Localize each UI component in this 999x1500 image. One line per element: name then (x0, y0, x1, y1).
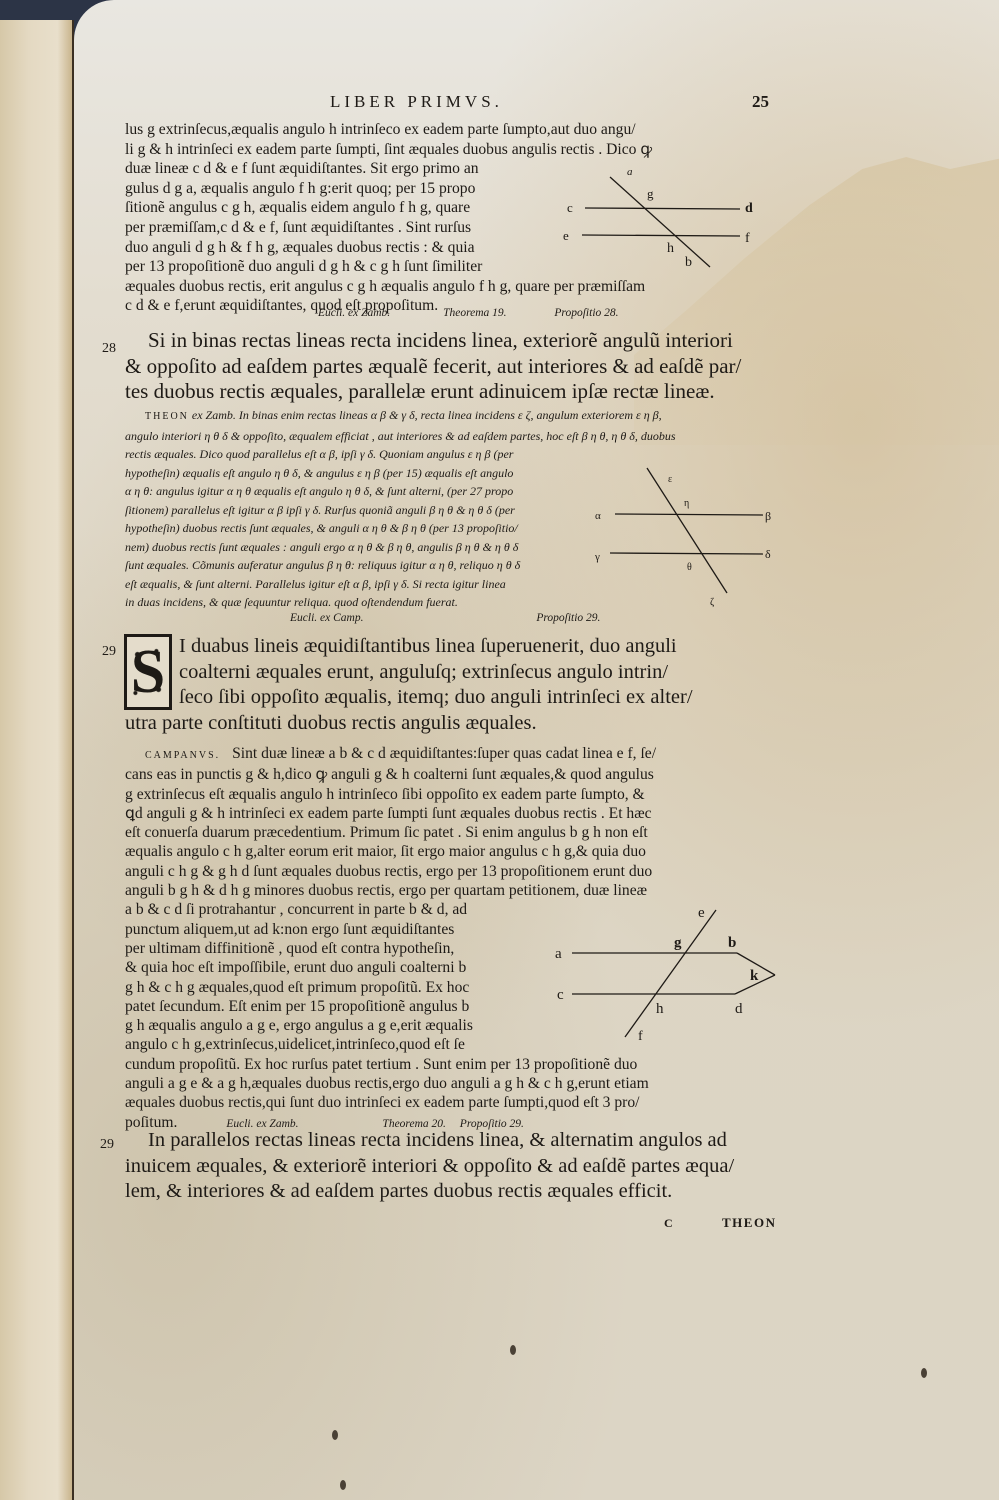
theon-caption: Eucli. ex Camp. Propoſitio 29. (290, 612, 740, 624)
text-line: Si in binas rectas lineas recta incidens… (125, 328, 741, 354)
folio-number: 25 (752, 92, 769, 112)
svg-text:g: g (674, 935, 682, 951)
worm-hole (921, 1368, 927, 1378)
svg-text:g: g (647, 186, 654, 201)
proposition-29-second-text: In parallelos rectas lineas recta incide… (125, 1128, 734, 1205)
signature-mark: C (664, 1216, 673, 1231)
text-line: anguli a g e & a g h,æquales duobus rect… (125, 1074, 656, 1093)
text-line: CAMPANVS. Sint duæ lineæ a b & c d æquid… (125, 744, 656, 765)
text-line: g extrinſecus eſt æqualis angulo h intri… (125, 785, 656, 804)
svg-text:ε: ε (668, 474, 672, 485)
svg-text:f: f (638, 1029, 643, 1044)
caption-proposition: Propoſitio 29. (536, 612, 600, 624)
commentator-label: THEON (145, 411, 189, 422)
caption-proposition: Propoſitio 28. (554, 307, 618, 319)
svg-text:θ: θ (687, 562, 692, 573)
text-line: cundum propoſitũ. Ex hoc rurſus patet te… (125, 1055, 656, 1074)
proposition-29-text: I duabus lineis æquidiſtantibus linea ſu… (125, 634, 693, 736)
svg-text:b: b (728, 935, 736, 951)
text-line: lem, & interiores & ad eaſdem partes duo… (125, 1179, 734, 1205)
svg-text:h: h (667, 241, 674, 256)
proposition-number: 28 (102, 341, 116, 357)
svg-text:h: h (656, 1001, 664, 1017)
text-line: In parallelos rectas lineas recta incide… (125, 1128, 734, 1154)
text-line: THEON ex Zamb. In binas enim rectas line… (125, 406, 676, 427)
text-line: æquales duobus rectis,qui ſunt duo intri… (125, 1093, 656, 1112)
svg-text:β: β (765, 509, 771, 523)
text-line: coalterni æquales erunt, anguluſq; extri… (125, 660, 693, 686)
proposition-number: 29 (102, 644, 116, 660)
text-line: li g & h intrinſeci ex eadem parte ſumpt… (125, 140, 652, 160)
svg-text:δ: δ (765, 547, 771, 561)
worm-hole (332, 1430, 338, 1440)
svg-text:f: f (745, 231, 750, 246)
worm-hole (510, 1345, 516, 1355)
text-line: æquales duobus rectis, erit angulus c g … (125, 277, 652, 297)
svg-text:a: a (555, 946, 562, 962)
text-line: lus g extrinſecus,æqualis angulo h intri… (125, 120, 652, 140)
text-line: æqualis angulo c h g,alter eorum erit ma… (125, 842, 656, 861)
text-line: angulo interiori η θ δ & oppoſito, æqual… (125, 427, 676, 446)
text-line: & oppoſito ad eaſdem partes æqualẽ fecer… (125, 354, 741, 380)
svg-text:k: k (750, 968, 759, 984)
text-line: eſt conuerſa duarum præcedentium. Primum… (125, 823, 656, 842)
commentator-label: CAMPANVS. (145, 750, 220, 761)
text-line: ſeco ſibi oppoſito æqualis, itemq; duo a… (125, 685, 693, 711)
svg-text:γ: γ (594, 551, 600, 563)
worm-hole (340, 1480, 346, 1490)
caption-source: Eucli. ex Zamb. (318, 307, 390, 319)
svg-text:c: c (567, 200, 573, 215)
svg-text:η: η (684, 498, 689, 509)
text-line: cans eas in punctis g & h,dico ꝙ anguli … (125, 765, 656, 784)
svg-text:α: α (595, 510, 601, 522)
svg-text:e: e (563, 228, 569, 243)
svg-text:ζ: ζ (710, 597, 714, 608)
svg-text:b: b (685, 255, 692, 270)
svg-text:e: e (698, 905, 705, 921)
svg-text:c: c (557, 987, 564, 1003)
caption-source: Eucli. ex Camp. (290, 612, 363, 624)
svg-text:d: d (735, 1001, 743, 1017)
figure-2-greek-parallel-lines: ε η α β θ γ δ ζ (585, 460, 785, 610)
svg-text:a: a (627, 166, 633, 178)
svg-text:d: d (745, 201, 753, 216)
text-line: anguli c h g & g h d ſunt æquales duobus… (125, 862, 656, 881)
text-line: ꝗd anguli g & h intrinſeci ex eadem part… (125, 804, 656, 823)
block1-caption: Eucli. ex Zamb. Theorema 19. Propoſitio … (318, 307, 768, 319)
running-head: LIBER PRIMVS. (330, 92, 503, 112)
text-line: utra parte conſtituti duobus rectis angu… (125, 711, 693, 737)
figure-1-parallel-lines: a g c d e f h b (555, 160, 785, 270)
caption-theorem: Theorema 19. (443, 307, 506, 319)
catchword: THEON (722, 1215, 776, 1231)
text-line: tes duobus rectis æquales, parallelæ eru… (125, 379, 741, 405)
proposition-number: 29 (100, 1137, 114, 1153)
facing-page-edge (0, 20, 74, 1500)
figure-3-converging-lines: e g b a k c h d f (550, 895, 790, 1045)
text-line: I duabus lineis æquidiſtantibus linea ſu… (125, 634, 693, 660)
proposition-28-text: Si in binas rectas lineas recta incidens… (125, 328, 741, 405)
text-line: inuicem æquales, & exteriorẽ interiori &… (125, 1154, 734, 1180)
